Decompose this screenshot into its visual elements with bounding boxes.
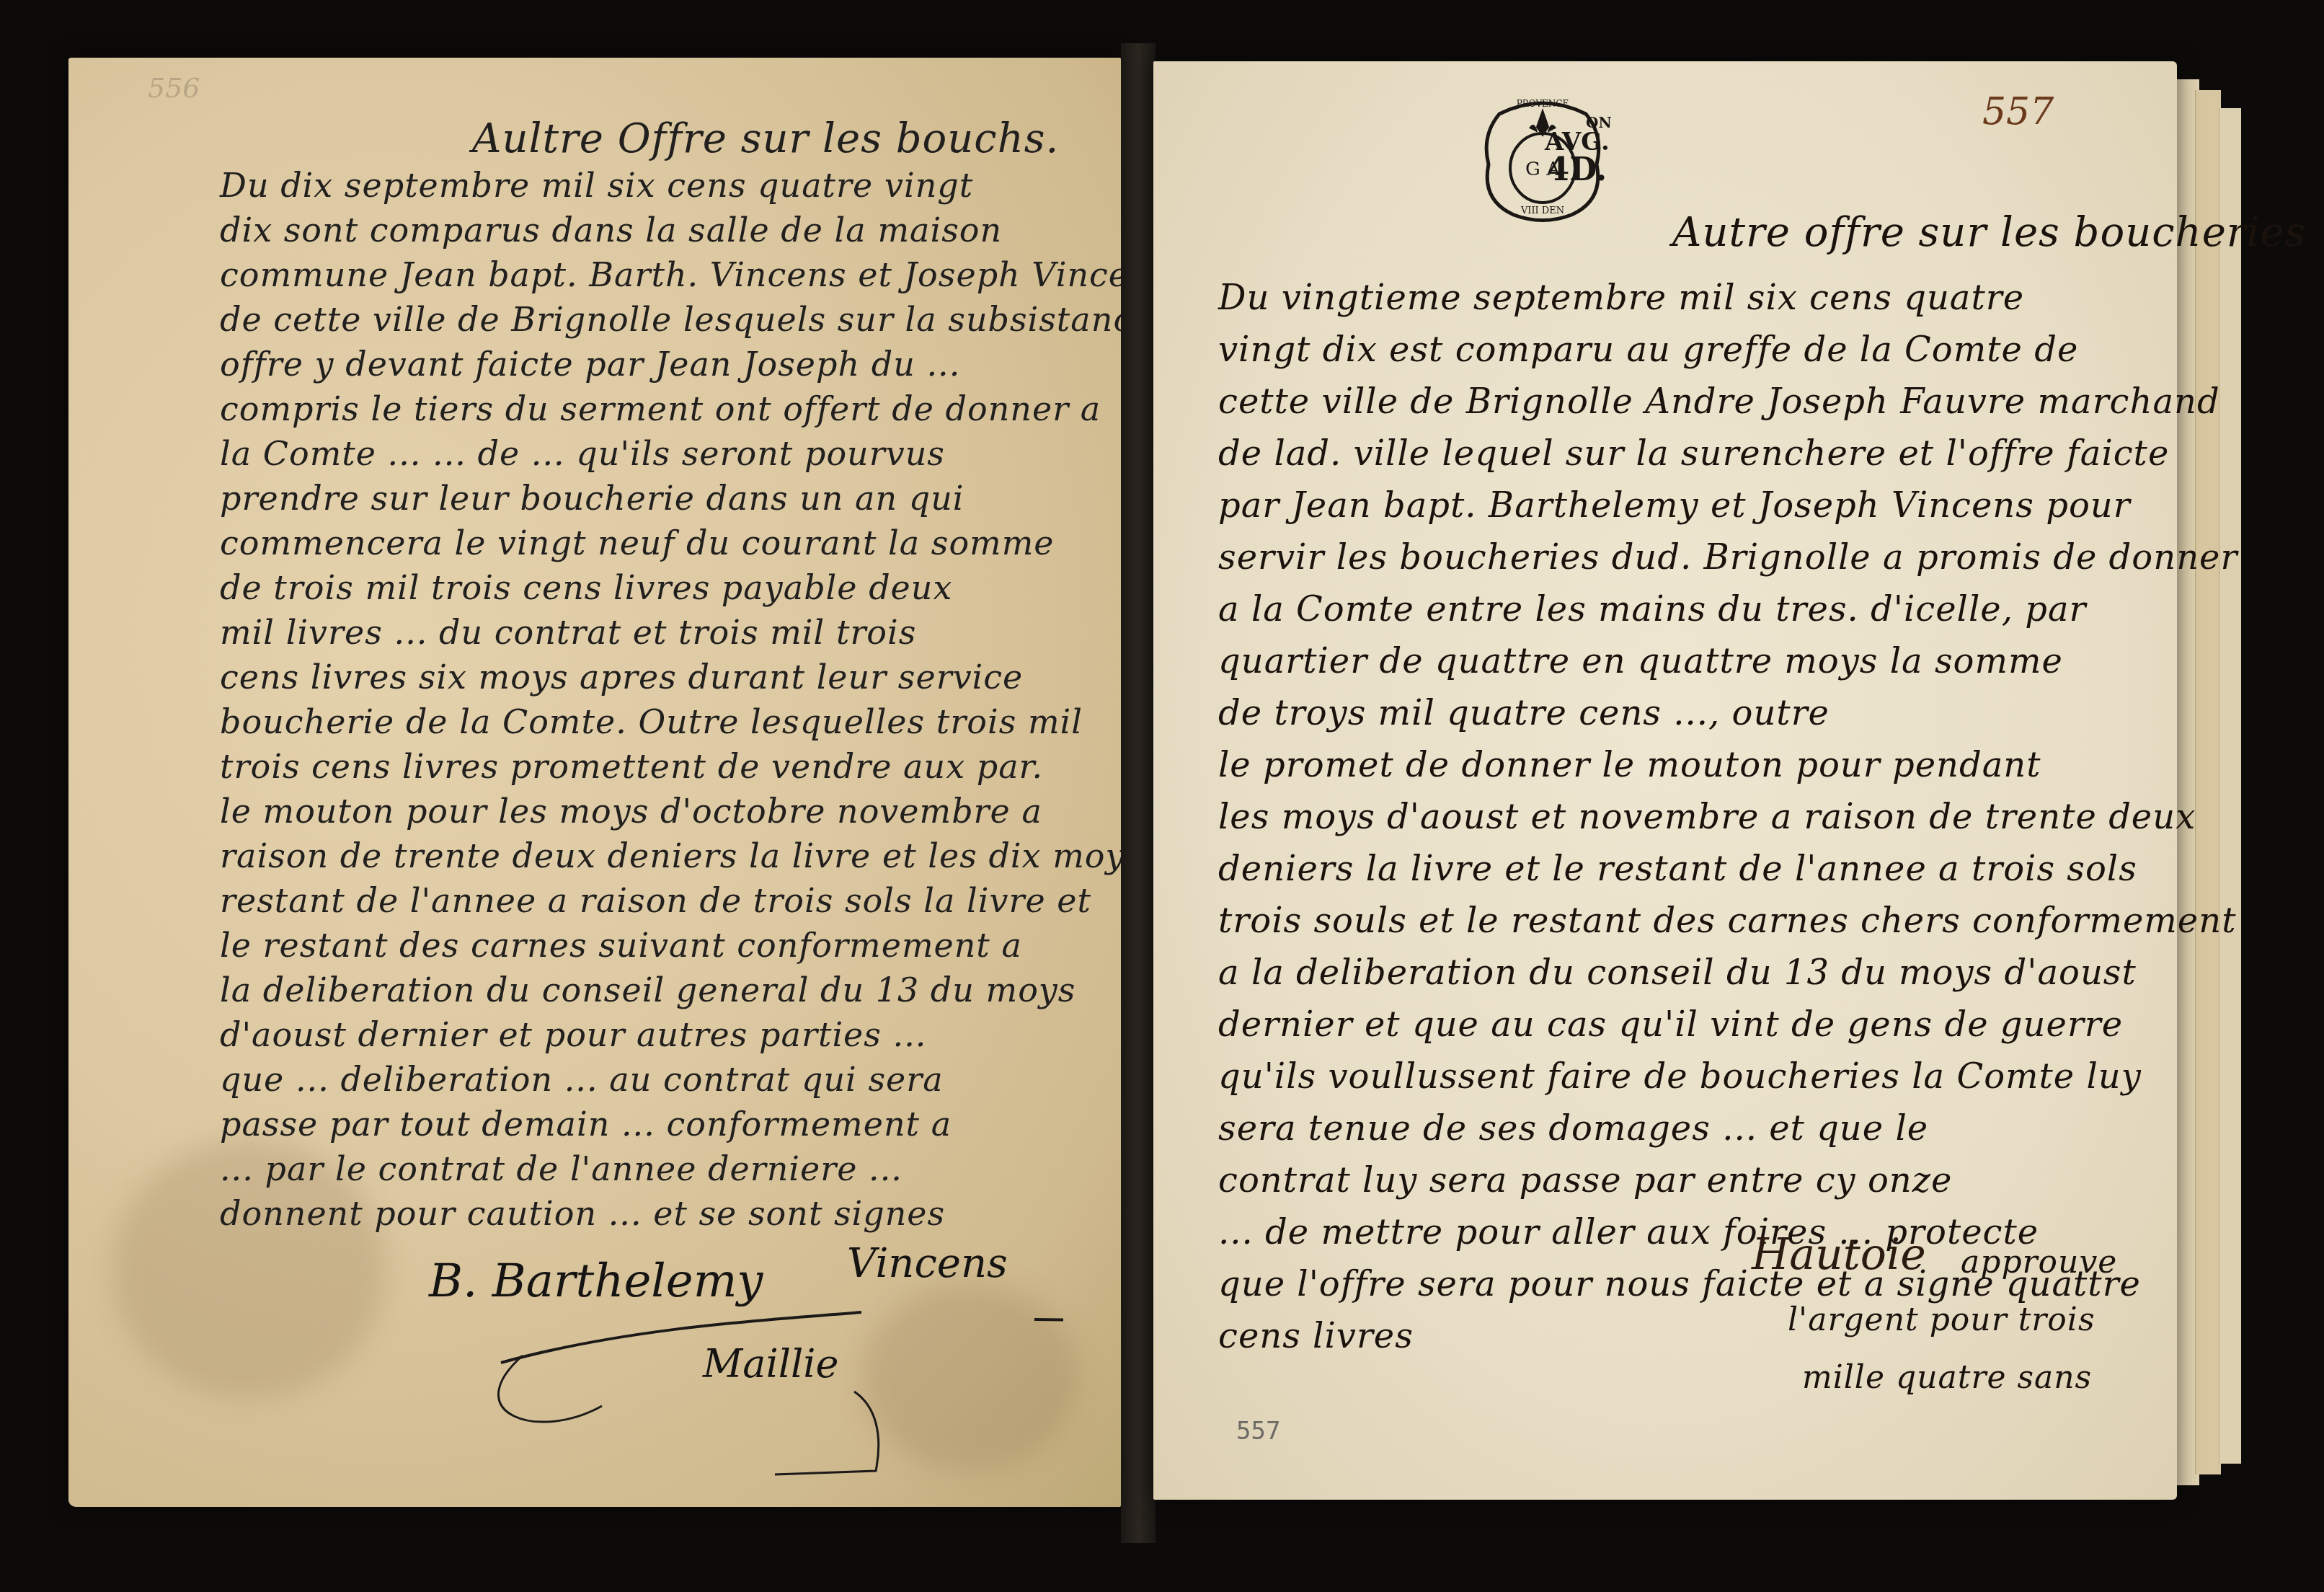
right-line: deniers la livre et le restant de l'anne…: [1218, 849, 2137, 889]
signature-vincens: Vincens: [847, 1240, 1008, 1287]
svg-text:PROVENCE: PROVENCE: [1517, 99, 1569, 109]
right-line: vingt dix est comparu au greffe de la Co…: [1218, 330, 2078, 370]
right-line: servir les boucheries dud. Brignolle a p…: [1218, 537, 2237, 578]
right-line: sera tenue de ses domages ... et que le: [1218, 1108, 1928, 1149]
left-line: d'aoust dernier et pour autres parties .…: [220, 1015, 926, 1054]
right-line: trois souls et le restant des carnes che…: [1218, 901, 2236, 941]
right-line: a la Comte entre les mains du tres. d'ic…: [1218, 589, 2087, 629]
left-line: cens livres six moys apres durant leur s…: [220, 658, 1023, 696]
left-line: mil livres ... du contrat et trois mil t…: [220, 613, 916, 652]
right-line: Du vingtieme septembre mil six cens quat…: [1218, 278, 2024, 318]
right-line: les moys d'aoust et novembre a raison de…: [1218, 797, 2196, 837]
left-line: commune Jean bapt. Barth. Vincens et Jos…: [220, 255, 1168, 294]
tax-mark: ON AVG. 4D.: [1543, 115, 1612, 186]
page-stack-edge: [2195, 90, 2221, 1474]
left-line: dix sont comparus dans la salle de la ma…: [220, 211, 1002, 249]
right-page: 557 Autre offre sur les boucheries Du vi…: [1153, 61, 2177, 1500]
left-line: compris le tiers du serment ont offert d…: [220, 389, 1101, 428]
right-line: dernier et que au cas qu'il vint de gens…: [1218, 1004, 2123, 1045]
left-line: que ... deliberation ... au contrat qui …: [220, 1060, 944, 1099]
right-line: a la deliberation du conseil du 13 du mo…: [1218, 952, 2137, 993]
left-line: boucherie de la Comte. Outre lesquelles …: [220, 702, 1083, 741]
pencil-folio-number: 557: [1236, 1417, 1280, 1446]
right-line: cette ville de Brignolle Andre Joseph Fa…: [1218, 381, 2220, 422]
annotation-line: approuve: [1961, 1244, 2117, 1281]
right-line: le promet de donner le mouton pour penda…: [1218, 745, 2041, 785]
right-heading: Autre offre sur les boucheries: [1672, 209, 2306, 256]
left-line: passe par tout demain ... conformement a: [220, 1105, 952, 1144]
left-line: donnent pour caution ... et se sont sign…: [220, 1194, 945, 1233]
right-line: par Jean bapt. Barthelemy et Joseph Vinc…: [1218, 485, 2131, 526]
left-line: le mouton pour les moys d'octobre novemb…: [220, 792, 1042, 831]
annotation-line: l'argent pour trois: [1788, 1301, 2095, 1338]
left-line: le restant des carnes suivant conformeme…: [220, 926, 1022, 965]
left-line: Du dix septembre mil six cens quatre vin…: [220, 166, 973, 205]
svg-text:VIII DEN: VIII DEN: [1520, 205, 1564, 216]
left-heading: Aultre Offre sur les bouchs.: [472, 115, 1059, 162]
right-line: de lad. ville lequel sur la surenchere e…: [1218, 433, 2169, 474]
tax-mark-line2: AVG.: [1543, 130, 1612, 154]
folio-number: 557: [1982, 90, 2054, 133]
annotation-line: mille quatre sans: [1802, 1359, 2092, 1396]
left-line: offre y devant faicte par Jean Joseph du…: [220, 345, 960, 384]
book-gutter: [1121, 43, 1156, 1543]
right-line: cens livres: [1218, 1316, 1414, 1356]
left-line: la deliberation du conseil general du 13…: [220, 970, 1075, 1009]
left-line: restant de l'annee a raison de trois sol…: [220, 881, 1091, 920]
left-line: la Comte ... ... de ... qu'ils seront po…: [220, 434, 945, 473]
page-stack-edge: [2219, 108, 2241, 1464]
right-line: qu'ils voullussent faire de boucheries l…: [1218, 1056, 2142, 1097]
left-line: raison de trente deux deniers la livre e…: [220, 836, 1143, 875]
signature-flourish: [414, 1298, 1063, 1485]
left-line: commencera le vingt neuf du courant la s…: [220, 523, 1055, 562]
right-line: de troys mil quatre cens ..., outre: [1218, 693, 1830, 733]
left-folio-faint: 556: [148, 72, 200, 104]
left-line: prendre sur leur boucherie dans un an qu…: [220, 479, 964, 518]
right-line: contrat luy sera passe par entre cy onze: [1218, 1160, 1952, 1200]
tax-mark-line3: 4D.: [1543, 154, 1612, 186]
left-page: 556 Aultre Offre sur les bouchs. Du dix …: [68, 58, 1121, 1507]
signature-hautoie: Hautoie: [1752, 1229, 1926, 1280]
right-line: quartier de quattre en quattre moys la s…: [1218, 641, 2063, 681]
left-line: de trois mil trois cens livres payable d…: [220, 568, 952, 607]
left-line: ... par le contrat de l'annee derniere .…: [220, 1149, 902, 1188]
left-line: de cette ville de Brignolle lesquels sur…: [220, 300, 1153, 339]
left-line: trois cens livres promettent de vendre a…: [220, 747, 1043, 786]
